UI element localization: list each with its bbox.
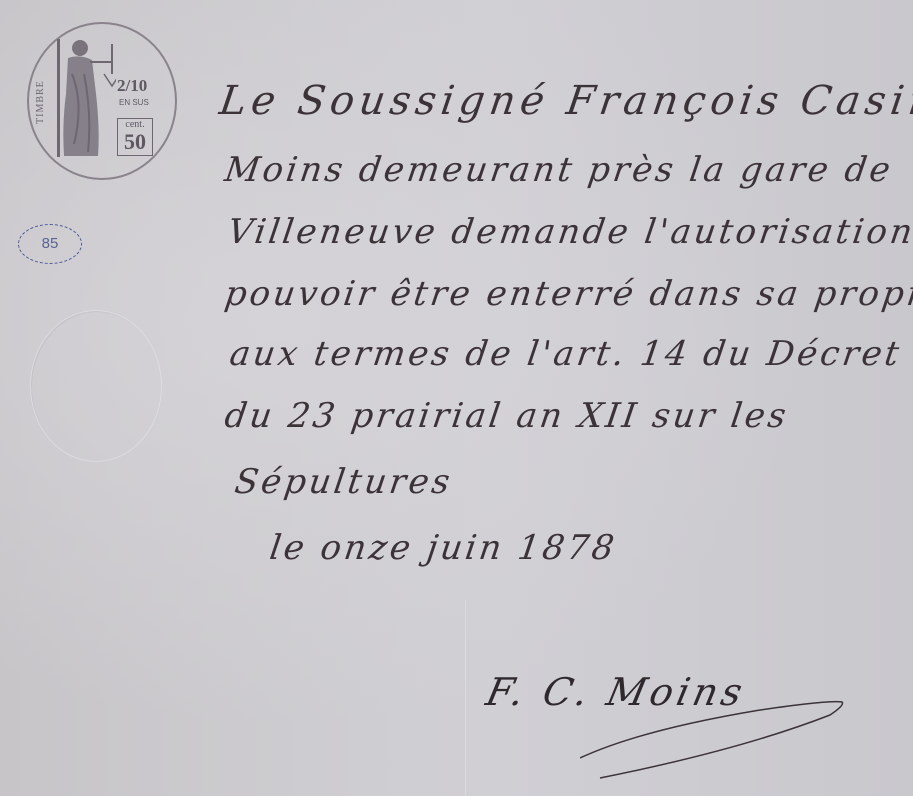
body-line-1: Le Soussigné François Casimir bbox=[217, 78, 913, 124]
stamp-label: TIMBRE bbox=[35, 80, 46, 124]
folio-number: 85 bbox=[18, 224, 82, 264]
body-line-3: Villeneuve demande l'autorisation de bbox=[225, 212, 913, 252]
body-line-5: aux termes de l'art. 14 du Décret bbox=[227, 334, 904, 374]
signature-flourish bbox=[580, 690, 900, 780]
embossed-seal bbox=[30, 310, 162, 462]
stamp-en-sus: EN SUS bbox=[119, 98, 149, 107]
stamp-fraction: 2/10 bbox=[117, 76, 147, 96]
body-line-4: pouvoir être enterré dans sa propriété bbox=[222, 274, 913, 314]
document-date: le onze juin 1878 bbox=[267, 528, 619, 568]
body-line-2: Moins demeurant près la gare de bbox=[222, 150, 895, 190]
justice-figure-icon bbox=[54, 34, 116, 162]
body-line-6: du 23 prairial an XII sur les bbox=[222, 396, 791, 436]
stamp-value-box: cent. 50 bbox=[117, 118, 153, 156]
paper-fold bbox=[465, 600, 466, 796]
body-line-7: Sépultures bbox=[232, 462, 455, 502]
stamp-value: 50 bbox=[118, 131, 152, 153]
revenue-stamp: TIMBRE 2/10 EN SUS cent. 50 bbox=[27, 22, 177, 180]
